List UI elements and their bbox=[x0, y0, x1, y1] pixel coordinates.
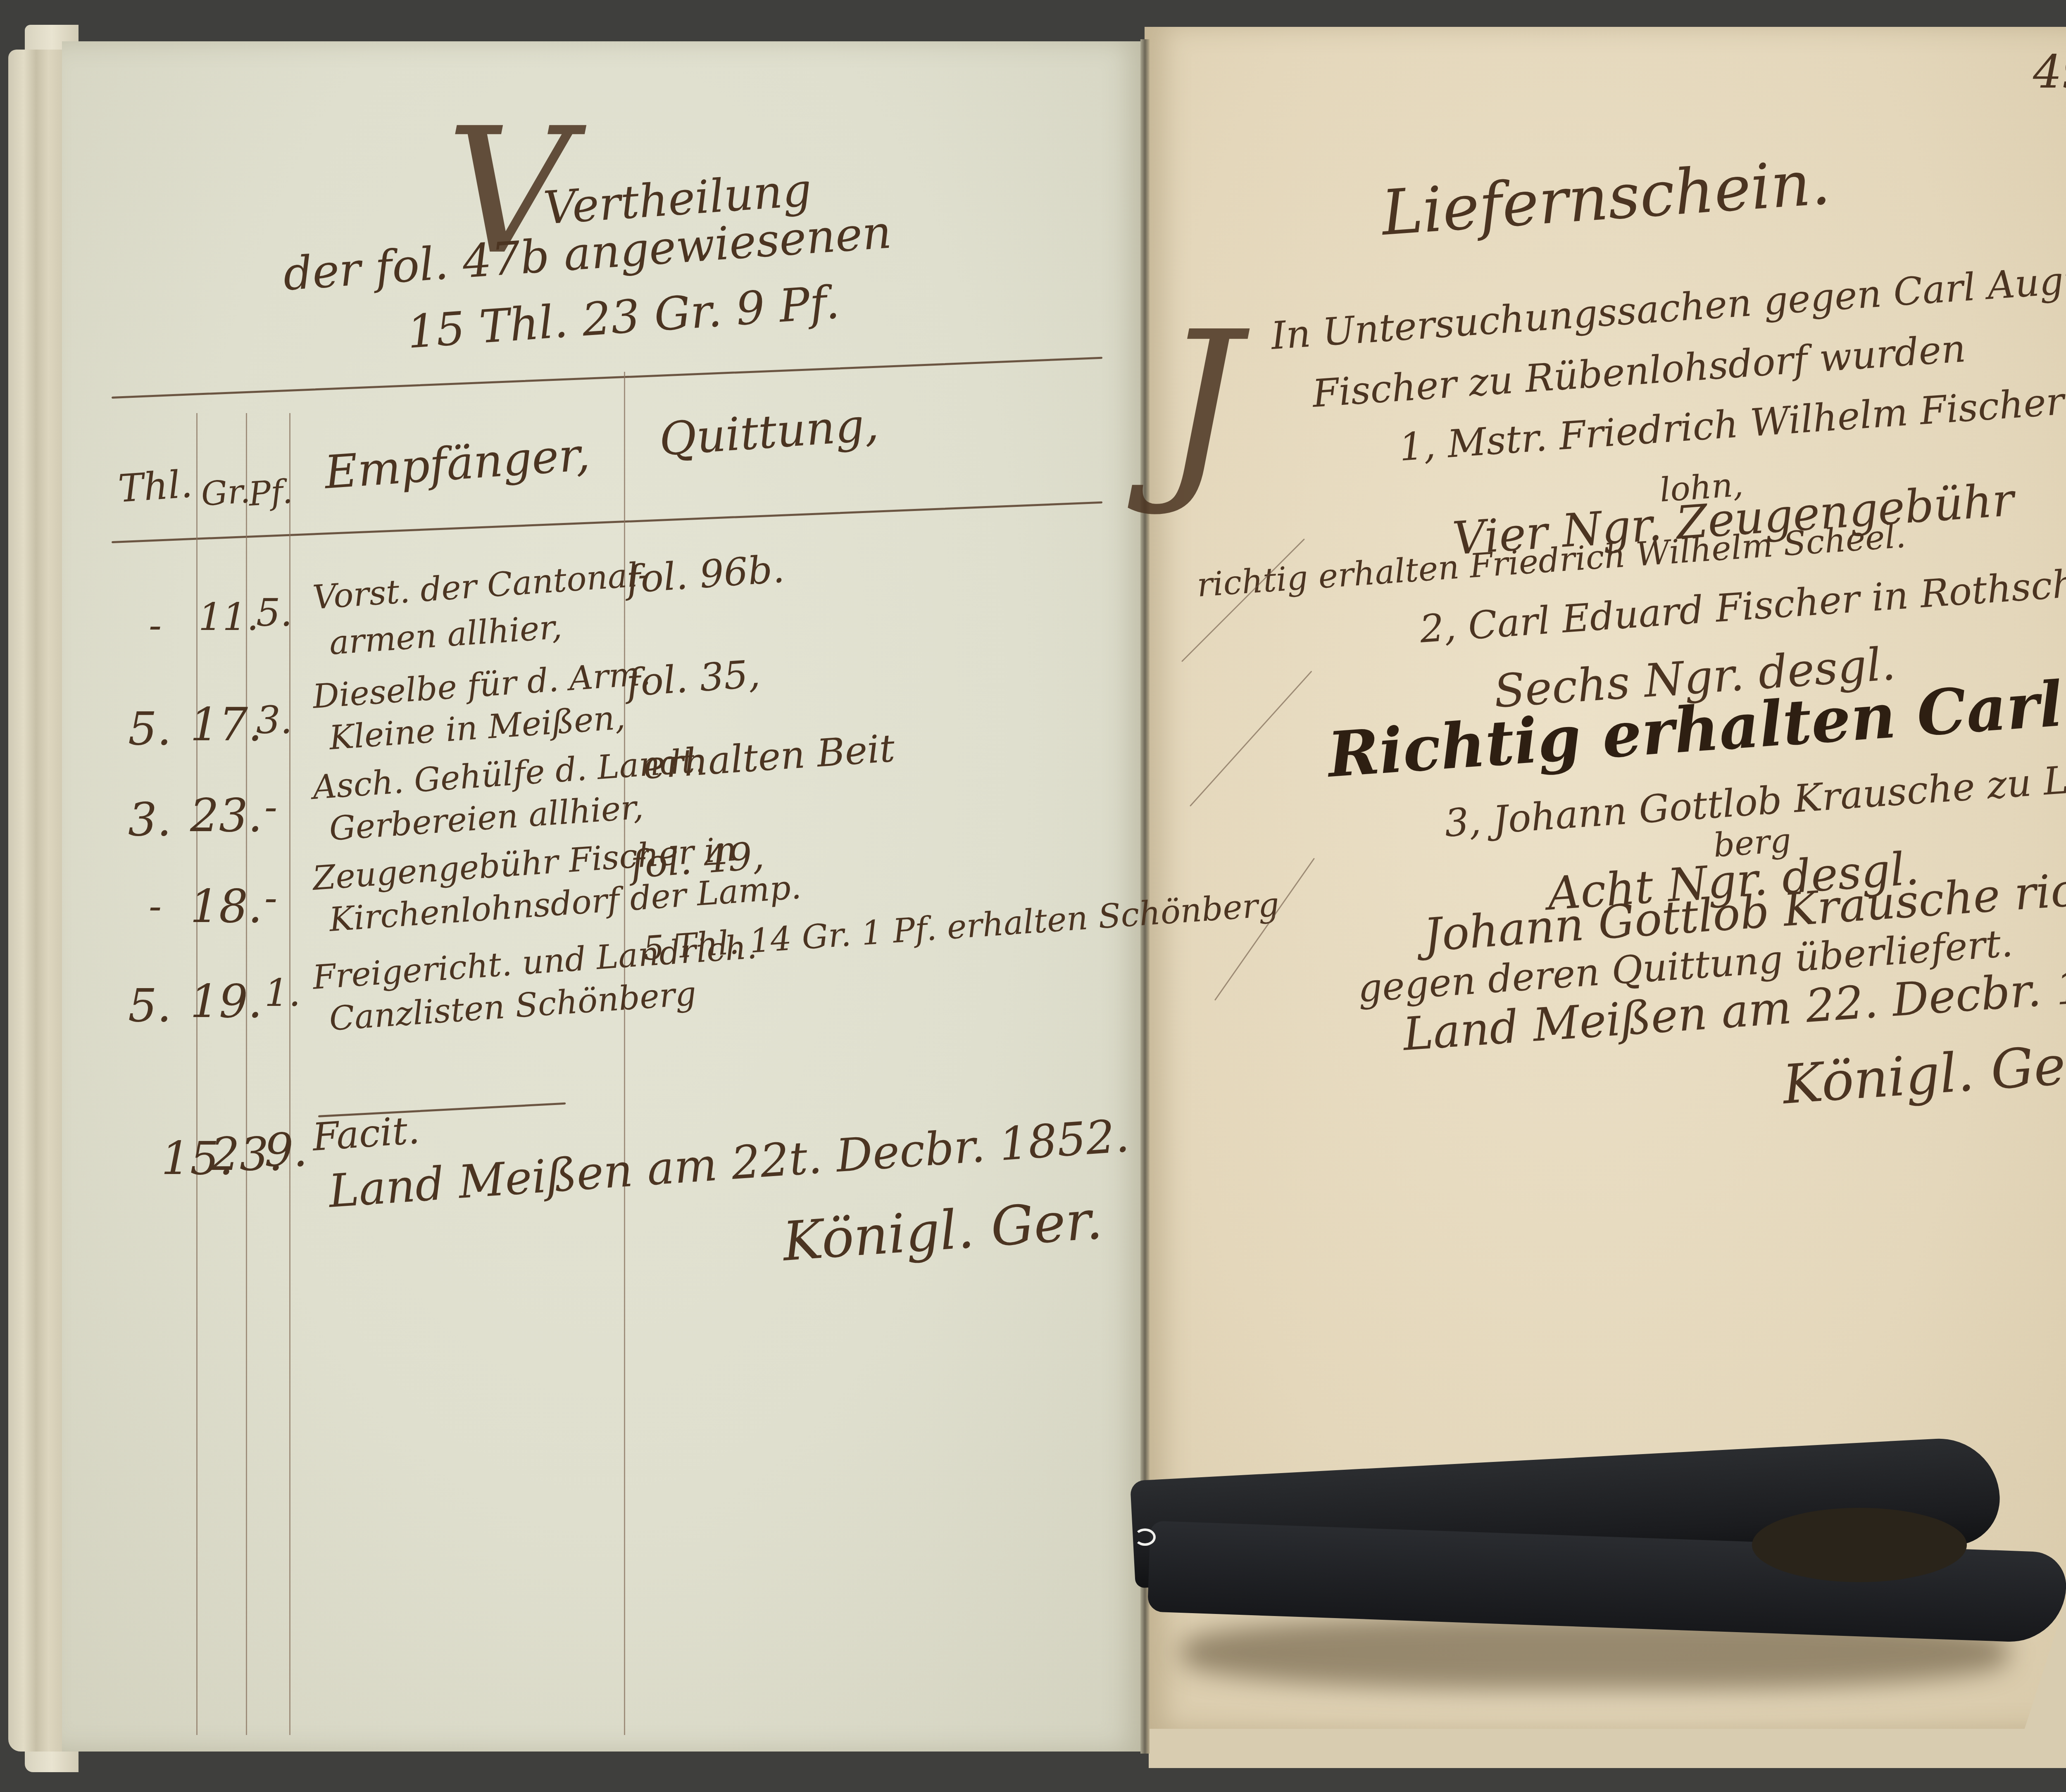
cell-gr: 11. bbox=[198, 595, 259, 639]
total-pf: 9. bbox=[264, 1124, 308, 1176]
cell-thl: 3. bbox=[128, 793, 171, 846]
cell-pf: 5. bbox=[256, 591, 293, 635]
cell-thl: 5. bbox=[128, 979, 171, 1032]
col-header-gr: Gr. bbox=[200, 472, 252, 513]
page-stack-edge bbox=[8, 50, 70, 1752]
cell-thl: - bbox=[149, 603, 162, 647]
cell-quittung: fol. 49, bbox=[629, 834, 766, 887]
page-number: 49. bbox=[2033, 45, 2066, 98]
cell-gr: 23. bbox=[190, 789, 262, 842]
cell-pf: 1. bbox=[264, 971, 301, 1015]
cell-pf: - bbox=[264, 785, 277, 829]
total-label: Facit. bbox=[311, 1108, 421, 1160]
cell-quittung: fol. 35, bbox=[625, 652, 762, 705]
cell-gr: 19. bbox=[190, 975, 262, 1028]
cell-pf: 3. bbox=[256, 698, 293, 742]
cell-gr: 17. bbox=[190, 698, 262, 751]
cell-gr: 18. bbox=[190, 880, 262, 933]
cell-thl: 5. bbox=[128, 702, 171, 755]
col-header-thl: Thl. bbox=[117, 462, 194, 511]
drop-cap-initial: J bbox=[1161, 289, 1240, 520]
col-header-pf: Pf. bbox=[248, 472, 294, 513]
col-divider-thl bbox=[196, 413, 198, 1735]
cell-pf: - bbox=[264, 876, 277, 920]
cell-thl: - bbox=[149, 884, 162, 928]
white-thread bbox=[1134, 1528, 1156, 1546]
black-velvet-cord bbox=[1132, 1438, 2066, 1652]
